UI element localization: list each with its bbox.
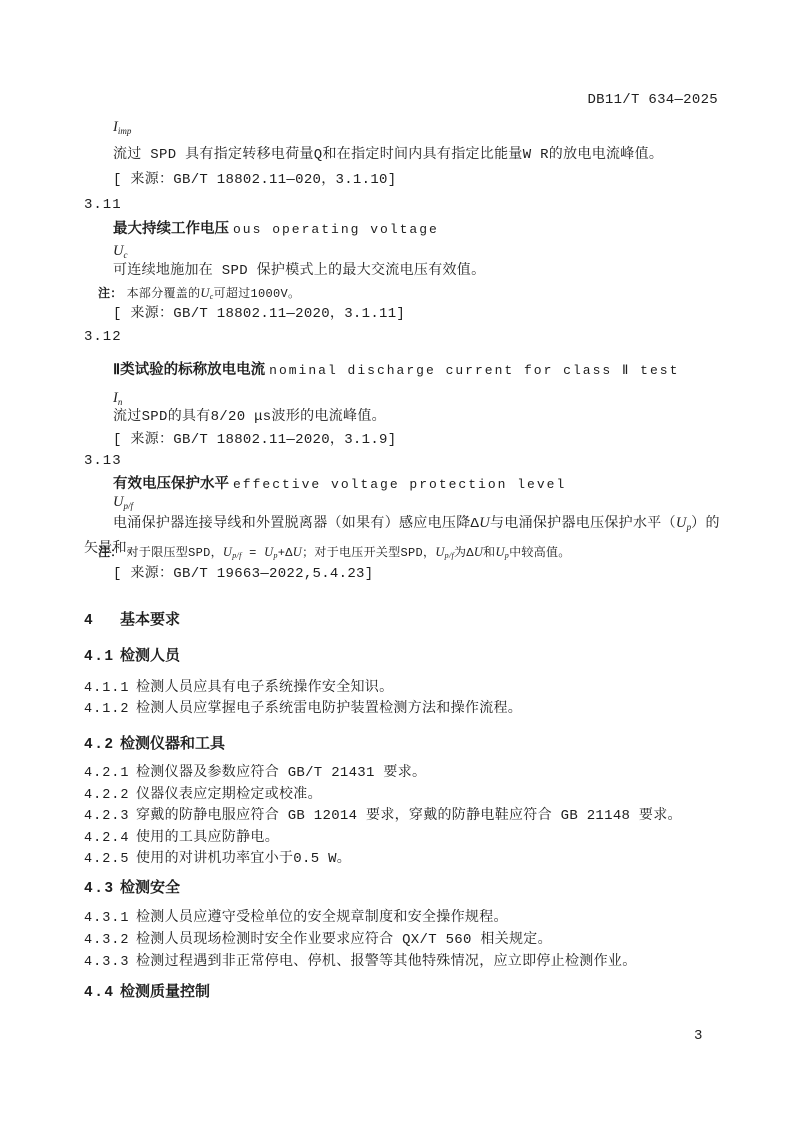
- symbol-subscript: imp: [118, 126, 132, 136]
- term-3-11-symbol: Uc: [113, 241, 127, 261]
- clause-item: 4.2.4使用的工具应防静电。: [84, 830, 279, 847]
- clause-item: 4.3.2检测人员现场检测时安全作业要求应符合 QX/T 560 相关规定。: [84, 932, 552, 949]
- clause-4-heading: 4基本要求: [84, 610, 180, 630]
- item-text: 检测仪器及参数应符合 GB/T 21431 要求。: [136, 765, 426, 781]
- symbol-base: U: [479, 515, 490, 531]
- subclause-title: 检测安全: [120, 879, 180, 896]
- symbol-base: U: [293, 545, 302, 559]
- term-3-11-definition: 可连续地施加在 SPD 保护模式上的最大交流电压有效值。: [113, 263, 485, 280]
- symbol-base: U: [200, 286, 209, 300]
- item-text: 仪器仪表应定期检定或校准。: [136, 787, 322, 803]
- subclause-4-1-heading: 4.1检测人员: [84, 646, 180, 666]
- term-3-12-number: 3.12: [84, 329, 122, 346]
- clause-item: 4.2.1检测仪器及参数应符合 GB/T 21431 要求。: [84, 765, 426, 782]
- document-page: DB11/T 634—2025 Iimp 流过 SPD 具有指定转移电荷量Q和在…: [0, 0, 793, 1123]
- term-3-12-symbol: In: [113, 388, 122, 408]
- subclause-title: 检测人员: [120, 647, 180, 664]
- term-title-en: ous operating voltage: [233, 222, 439, 237]
- item-text: 检测人员现场检测时安全作业要求应符合 QX/T 560 相关规定。: [136, 932, 552, 948]
- subclause-number: 4.3: [84, 881, 120, 898]
- symbol-base: U: [435, 545, 444, 559]
- symbol-base: U: [495, 545, 504, 559]
- item-text: 检测人员应遵守受检单位的安全规章制度和安全操作规程。: [136, 910, 508, 926]
- term-3-12-definition: 流过SPD的具有8/20 μs波形的电流峰值。: [113, 409, 386, 426]
- item-text: 检测人员应具有电子系统操作安全知识。: [136, 680, 393, 696]
- term-3-13-symbol: Up/f: [113, 492, 133, 512]
- term-3-11-title: 最大持续工作电压 ous operating voltage: [113, 219, 439, 238]
- item-number: 4.3.3: [84, 955, 132, 971]
- item-number: 4.2.3: [84, 809, 132, 825]
- note-text: 为Δ: [454, 546, 474, 560]
- page-number: 3: [694, 1028, 703, 1045]
- note-text: 和: [483, 546, 495, 560]
- item-number: 4.2.5: [84, 852, 132, 868]
- term-3-13-source: [ 来源：GB/T 19663—2022,5.4.23]: [113, 566, 373, 583]
- symbol-base: U: [474, 545, 483, 559]
- note-text: 可超过1000V。: [214, 287, 301, 301]
- item-number: 4.1.2: [84, 702, 132, 718]
- term-3-11-number: 3.11: [84, 197, 122, 214]
- symbol-subscript: p/f: [445, 551, 454, 560]
- symbol-base: U: [113, 494, 123, 510]
- item-number: 4.2.1: [84, 766, 132, 782]
- clause-title: 基本要求: [120, 611, 180, 628]
- term-title-en: effective voltage protection level: [233, 477, 566, 492]
- term-3-10-symbol: Iimp: [113, 117, 131, 137]
- item-number: 4.3.1: [84, 911, 132, 927]
- item-text: 检测人员应掌握电子系统雷电防护装置检测方法和操作流程。: [136, 701, 522, 717]
- symbol-subscript: n: [118, 397, 123, 407]
- clause-item: 4.2.2仪器仪表应定期检定或校准。: [84, 787, 322, 804]
- subclause-number: 4.4: [84, 985, 120, 1002]
- item-text: 使用的对讲机功率宜小于0.5 W。: [136, 851, 351, 867]
- term-title-en: nominal discharge current for class Ⅱ te…: [269, 363, 679, 378]
- symbol-subscript: p/f: [123, 501, 133, 511]
- subclause-title: 检测仪器和工具: [120, 735, 225, 752]
- term-3-11-source: [ 来源：GB/T 18802.11—2020，3.1.11]: [113, 306, 405, 323]
- item-text: 穿戴的防静电服应符合 GB 12014 要求，穿戴的防静电鞋应符合 GB 211…: [136, 808, 682, 824]
- item-number: 4.2.2: [84, 788, 132, 804]
- term-title-zh: 有效电压保护水平: [113, 476, 229, 492]
- note-text: 中较高值。: [509, 546, 571, 560]
- term-3-10-source: [ 来源：GB/T 18802.11—020，3.1.10]: [113, 172, 396, 189]
- note-text: 本部分覆盖的: [127, 287, 201, 301]
- item-text: 使用的工具应防静电。: [136, 830, 279, 846]
- symbol-subscript: c: [123, 250, 127, 260]
- item-number: 4.1.1: [84, 681, 132, 697]
- clause-item: 4.1.1检测人员应具有电子系统操作安全知识。: [84, 680, 393, 697]
- definition-text: 与电涌保护器电压保护水平（: [490, 516, 676, 532]
- note-text: =: [242, 546, 265, 560]
- clause-item: 4.3.1检测人员应遵守受检单位的安全规章制度和安全操作规程。: [84, 910, 508, 927]
- term-title-zh: 最大持续工作电压: [113, 221, 229, 237]
- term-3-12-title: Ⅱ类试验的标称放电电流 nominal discharge current fo…: [113, 360, 679, 379]
- definition-text: 电涌保护器连接导线和外置脱离器（如果有）感应电压降Δ: [113, 516, 479, 532]
- term-3-13-title: 有效电压保护水平 effective voltage protection le…: [113, 474, 566, 493]
- note-text: 对于限压型SPD，: [127, 546, 223, 560]
- page-header-doc-code: DB11/T 634—2025: [587, 92, 718, 109]
- symbol-base: U: [676, 515, 687, 531]
- note-label: 注：: [98, 286, 123, 300]
- subclause-number: 4.2: [84, 737, 120, 754]
- clause-item: 4.2.3穿戴的防静电服应符合 GB 12014 要求，穿戴的防静电鞋应符合 G…: [84, 808, 682, 825]
- term-3-13-number: 3.13: [84, 453, 122, 470]
- term-title-zh: Ⅱ类试验的标称放电电流: [113, 362, 265, 378]
- symbol-base: U: [223, 545, 232, 559]
- note-text: +Δ: [278, 546, 293, 560]
- note-text: ；对于电压开关型SPD，: [302, 546, 435, 560]
- item-number: 4.2.4: [84, 831, 132, 847]
- clause-item: 4.3.3检测过程遇到非正常停电、停机、报警等其他特殊情况，应立即停止检测作业。: [84, 954, 637, 971]
- subclause-4-3-heading: 4.3检测安全: [84, 878, 180, 898]
- clause-item: 4.1.2检测人员应掌握电子系统雷电防护装置检测方法和操作流程。: [84, 701, 522, 718]
- clause-number: 4: [84, 613, 120, 630]
- symbol-subscript: p/f: [232, 551, 241, 560]
- subclause-4-4-heading: 4.4检测质量控制: [84, 982, 210, 1002]
- note-label: 注：: [98, 545, 123, 559]
- symbol-base: U: [113, 243, 123, 259]
- term-3-12-source: [ 来源：GB/T 18802.11—2020，3.1.9]: [113, 432, 396, 449]
- term-3-11-note: 注：本部分覆盖的Uc可超过1000V。: [98, 286, 300, 302]
- subclause-4-2-heading: 4.2检测仪器和工具: [84, 734, 225, 754]
- term-3-13-note: 注：对于限压型SPD，Up/f = Up+ΔU；对于电压开关型SPD，Up/f为…: [98, 545, 571, 561]
- item-number: 4.3.2: [84, 933, 132, 949]
- term-3-10-definition: 流过 SPD 具有指定转移电荷量Q和在指定时间内具有指定比能量W R的放电电流峰…: [113, 147, 663, 164]
- subclause-number: 4.1: [84, 649, 120, 666]
- item-text: 检测过程遇到非正常停电、停机、报警等其他特殊情况，应立即停止检测作业。: [136, 954, 637, 970]
- subclause-title: 检测质量控制: [120, 983, 210, 1000]
- clause-item: 4.2.5使用的对讲机功率宜小于0.5 W。: [84, 851, 351, 868]
